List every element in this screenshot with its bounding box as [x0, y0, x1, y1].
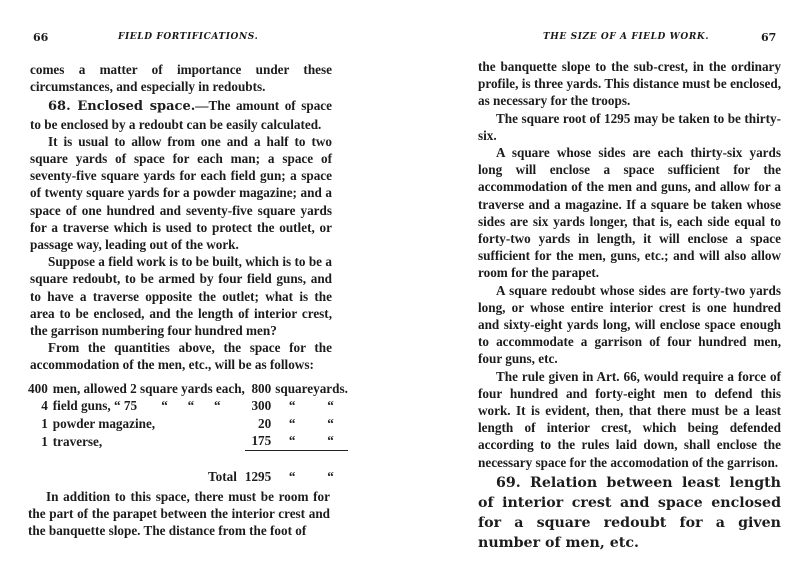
- dittos: “ “ “: [137, 398, 245, 416]
- running-title: FIELD FORTIFICATIONS.: [118, 32, 258, 42]
- text-block-top: comes a matter of importance under these…: [30, 61, 332, 374]
- unit: “: [271, 433, 313, 451]
- qty: 4: [28, 398, 48, 416]
- table-row: 1 powder magazine, 20 “ “: [28, 415, 348, 433]
- paragraph: In addition to this space, there must be…: [28, 488, 330, 540]
- paragraph: Suppose a field work is to be built, whi…: [30, 253, 332, 339]
- text-block-bottom: In addition to this space, there must be…: [28, 488, 330, 540]
- unit: yards.: [313, 380, 348, 398]
- left-page: 66 FIELD FORTIFICATIONS. comes a matter …: [0, 0, 405, 584]
- item: powder magazine,: [48, 415, 245, 433]
- item: field guns, “ 75: [48, 398, 137, 416]
- unit: “: [313, 468, 348, 486]
- unit: “: [313, 398, 348, 416]
- unit: “: [271, 468, 313, 486]
- item: men, allowed 2 square yards each,: [48, 380, 245, 398]
- section-heading: 68. Enclosed space.: [48, 99, 195, 114]
- page-number: 67: [761, 31, 776, 44]
- page-number: 66: [33, 31, 48, 44]
- section-68: 68. Enclosed space.—The amount of space …: [30, 97, 332, 132]
- paragraph: From the quantities above, the space for…: [30, 339, 332, 373]
- amount: 300: [245, 398, 271, 416]
- unit: “: [271, 415, 313, 433]
- paragraph: comes a matter of importance under these…: [30, 61, 332, 95]
- total-label: Total: [28, 468, 245, 486]
- unit: “: [313, 415, 348, 433]
- paragraph: The square root of 1295 may be taken to …: [478, 110, 781, 144]
- right-page: THE SIZE OF A FIELD WORK. 67 the banquet…: [405, 0, 810, 584]
- total-amount: 1295: [245, 468, 271, 486]
- paragraph: A square whose sides are each thirty-six…: [478, 144, 781, 282]
- amount: 175: [245, 433, 271, 451]
- table-row: 400 men, allowed 2 square yards each, 80…: [28, 380, 348, 398]
- table-row: 4 field guns, “ 75 “ “ “ 300 “ “: [28, 398, 348, 416]
- paragraph: It is usual to allow from one and a half…: [30, 133, 332, 253]
- qty: 1: [28, 433, 48, 451]
- text-block: the banquette slope to the sub-crest, in…: [478, 58, 781, 553]
- total-rule: [28, 451, 348, 469]
- amount: 800: [245, 380, 271, 398]
- table-row: 1 traverse, 175 “ “: [28, 433, 348, 451]
- paragraph: The rule given in Art. 66, would require…: [478, 368, 781, 471]
- total-row: Total 1295 “ “: [28, 468, 348, 486]
- paragraph: the banquette slope to the sub-crest, in…: [478, 58, 781, 110]
- calculation-table: 400 men, allowed 2 square yards each, 80…: [28, 380, 348, 486]
- unit: square: [271, 380, 313, 398]
- item: traverse,: [48, 433, 245, 451]
- qty: 1: [28, 415, 48, 433]
- section-69-heading: 69. Relation between least length of int…: [478, 473, 781, 553]
- paragraph: A square redoubt whose sides are forty-t…: [478, 282, 781, 368]
- unit: “: [271, 398, 313, 416]
- running-title: THE SIZE OF A FIELD WORK.: [543, 32, 709, 42]
- amount: 20: [245, 415, 271, 433]
- unit: “: [313, 433, 348, 451]
- qty: 400: [28, 380, 48, 398]
